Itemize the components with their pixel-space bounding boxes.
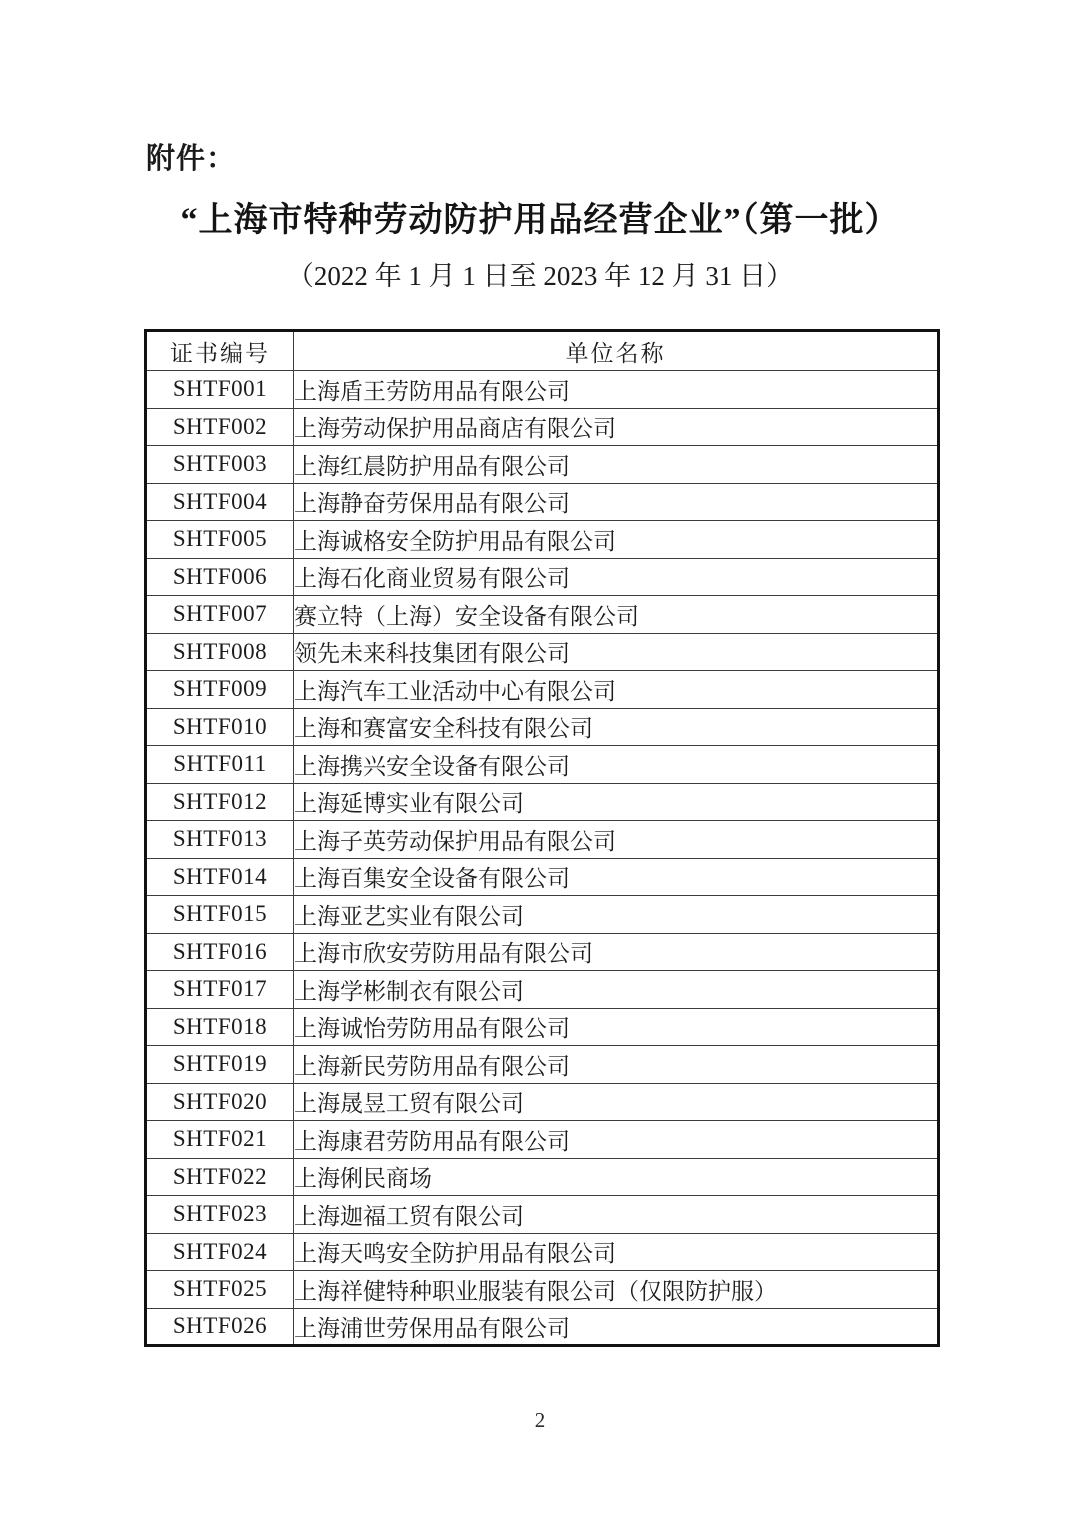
company-name-cell: 上海诚格安全防护用品有限公司	[294, 521, 939, 559]
doc-subtitle: （2022 年 1 月 1 日至 2023 年 12 月 31 日）	[0, 254, 1080, 293]
cert-id-cell: SHTF009	[146, 671, 294, 709]
table-row: SHTF017上海学彬制衣有限公司	[146, 971, 939, 1009]
cert-id-cell: SHTF006	[146, 558, 294, 596]
cert-id-cell: SHTF015	[146, 896, 294, 934]
company-name-cell: 上海亚艺实业有限公司	[294, 896, 939, 934]
cert-id-cell: SHTF004	[146, 483, 294, 521]
company-name-cell: 上海天鸣安全防护用品有限公司	[294, 1233, 939, 1271]
cert-id-cell: SHTF012	[146, 783, 294, 821]
cert-id-cell: SHTF021	[146, 1121, 294, 1159]
company-name-cell: 上海劳动保护用品商店有限公司	[294, 408, 939, 446]
table-row: SHTF018上海诚怡劳防用品有限公司	[146, 1008, 939, 1046]
document-page: 附件： “上海市特种劳动防护用品经营企业”（第一批） （2022 年 1 月 1…	[0, 0, 1080, 1527]
table-row: SHTF014上海百集安全设备有限公司	[146, 858, 939, 896]
company-name-cell: 上海盾王劳防用品有限公司	[294, 371, 939, 409]
cert-id-cell: SHTF022	[146, 1158, 294, 1196]
table-row: SHTF026上海浦世劳保用品有限公司	[146, 1308, 939, 1346]
company-name-cell: 上海学彬制衣有限公司	[294, 971, 939, 1009]
company-name-column-header: 单位名称	[294, 331, 939, 371]
cert-id-cell: SHTF010	[146, 708, 294, 746]
cert-id-cell: SHTF020	[146, 1083, 294, 1121]
table-row: SHTF003上海红晨防护用品有限公司	[146, 446, 939, 484]
company-name-cell: 上海诚怡劳防用品有限公司	[294, 1008, 939, 1046]
table-body: SHTF001上海盾王劳防用品有限公司SHTF002上海劳动保护用品商店有限公司…	[146, 371, 939, 1346]
table-row: SHTF012上海延博实业有限公司	[146, 783, 939, 821]
company-name-cell: 上海静奋劳保用品有限公司	[294, 483, 939, 521]
company-name-cell: 赛立特（上海）安全设备有限公司	[294, 596, 939, 634]
table-row: SHTF019上海新民劳防用品有限公司	[146, 1046, 939, 1084]
company-name-cell: 上海晟昱工贸有限公司	[294, 1083, 939, 1121]
cert-id-cell: SHTF017	[146, 971, 294, 1009]
table-row: SHTF007赛立特（上海）安全设备有限公司	[146, 596, 939, 634]
cert-id-cell: SHTF005	[146, 521, 294, 559]
table-row: SHTF025上海祥健特种职业服装有限公司（仅限防护服）	[146, 1271, 939, 1309]
company-name-cell: 上海百集安全设备有限公司	[294, 858, 939, 896]
table-row: SHTF008领先未来科技集团有限公司	[146, 633, 939, 671]
page-number: 2	[0, 1408, 1080, 1433]
table-row: SHTF015上海亚艺实业有限公司	[146, 896, 939, 934]
company-name-cell: 领先未来科技集团有限公司	[294, 633, 939, 671]
company-name-cell: 上海和赛富安全科技有限公司	[294, 708, 939, 746]
company-name-cell: 上海市欣安劳防用品有限公司	[294, 933, 939, 971]
table-row: SHTF021上海康君劳防用品有限公司	[146, 1121, 939, 1159]
table-header-row: 证书编号 单位名称	[146, 331, 939, 371]
company-name-cell: 上海汽车工业活动中心有限公司	[294, 671, 939, 709]
table-row: SHTF011上海携兴安全设备有限公司	[146, 746, 939, 784]
table-row: SHTF024上海天鸣安全防护用品有限公司	[146, 1233, 939, 1271]
cert-id-cell: SHTF024	[146, 1233, 294, 1271]
company-name-cell: 上海迦福工贸有限公司	[294, 1196, 939, 1234]
cert-id-column-header: 证书编号	[146, 331, 294, 371]
company-name-cell: 上海延博实业有限公司	[294, 783, 939, 821]
table-row: SHTF006上海石化商业贸易有限公司	[146, 558, 939, 596]
cert-id-cell: SHTF023	[146, 1196, 294, 1234]
table-row: SHTF005上海诚格安全防护用品有限公司	[146, 521, 939, 559]
doc-title: “上海市特种劳动防护用品经营企业”（第一批）	[0, 192, 1080, 241]
table-row: SHTF001上海盾王劳防用品有限公司	[146, 371, 939, 409]
table-row: SHTF022上海俐民商场	[146, 1158, 939, 1196]
company-name-cell: 上海浦世劳保用品有限公司	[294, 1308, 939, 1346]
company-name-cell: 上海携兴安全设备有限公司	[294, 746, 939, 784]
cert-id-cell: SHTF007	[146, 596, 294, 634]
attachment-label: 附件：	[146, 136, 236, 177]
table-row: SHTF002上海劳动保护用品商店有限公司	[146, 408, 939, 446]
company-name-cell: 上海祥健特种职业服装有限公司（仅限防护服）	[294, 1271, 939, 1309]
company-name-cell: 上海俐民商场	[294, 1158, 939, 1196]
company-name-cell: 上海石化商业贸易有限公司	[294, 558, 939, 596]
cert-id-cell: SHTF011	[146, 746, 294, 784]
cert-id-cell: SHTF018	[146, 1008, 294, 1046]
cert-id-cell: SHTF016	[146, 933, 294, 971]
table-row: SHTF004上海静奋劳保用品有限公司	[146, 483, 939, 521]
cert-id-cell: SHTF026	[146, 1308, 294, 1346]
certificate-table: 证书编号 单位名称 SHTF001上海盾王劳防用品有限公司SHTF002上海劳动…	[144, 329, 940, 1347]
table-row: SHTF023上海迦福工贸有限公司	[146, 1196, 939, 1234]
company-name-cell: 上海红晨防护用品有限公司	[294, 446, 939, 484]
company-name-cell: 上海新民劳防用品有限公司	[294, 1046, 939, 1084]
cert-id-cell: SHTF019	[146, 1046, 294, 1084]
cert-id-cell: SHTF002	[146, 408, 294, 446]
cert-id-cell: SHTF008	[146, 633, 294, 671]
company-name-cell: 上海康君劳防用品有限公司	[294, 1121, 939, 1159]
cert-id-cell: SHTF003	[146, 446, 294, 484]
table-row: SHTF020上海晟昱工贸有限公司	[146, 1083, 939, 1121]
company-name-cell: 上海子英劳动保护用品有限公司	[294, 821, 939, 859]
cert-id-cell: SHTF013	[146, 821, 294, 859]
cert-id-cell: SHTF014	[146, 858, 294, 896]
table-row: SHTF016上海市欣安劳防用品有限公司	[146, 933, 939, 971]
cert-id-cell: SHTF001	[146, 371, 294, 409]
table-row: SHTF013上海子英劳动保护用品有限公司	[146, 821, 939, 859]
cert-id-cell: SHTF025	[146, 1271, 294, 1309]
table-row: SHTF010上海和赛富安全科技有限公司	[146, 708, 939, 746]
table-row: SHTF009上海汽车工业活动中心有限公司	[146, 671, 939, 709]
